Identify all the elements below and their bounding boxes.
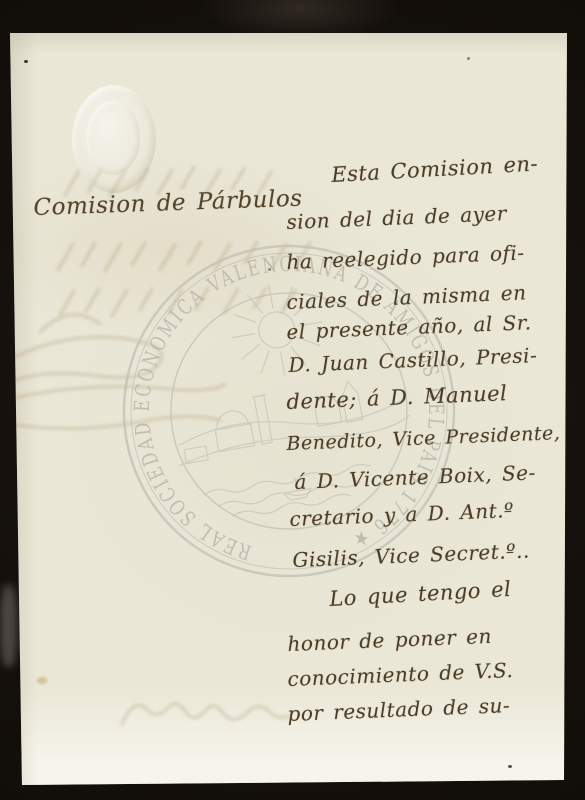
border-smudge bbox=[0, 585, 17, 667]
paper-speck bbox=[467, 57, 470, 60]
paper-speck bbox=[268, 268, 271, 271]
paper-speck bbox=[508, 765, 512, 768]
paper-speck bbox=[24, 60, 28, 63]
embossed-stamp bbox=[72, 85, 156, 193]
paper-stain bbox=[37, 677, 47, 684]
manuscript-scan: { "page": { "background_color": "#14100c… bbox=[0, 0, 585, 800]
manuscript-paper: REAL SOCIEDAD ECONOMICA VALENCIANA DE AM… bbox=[10, 32, 568, 785]
embossed-stamp-inner bbox=[86, 101, 140, 175]
